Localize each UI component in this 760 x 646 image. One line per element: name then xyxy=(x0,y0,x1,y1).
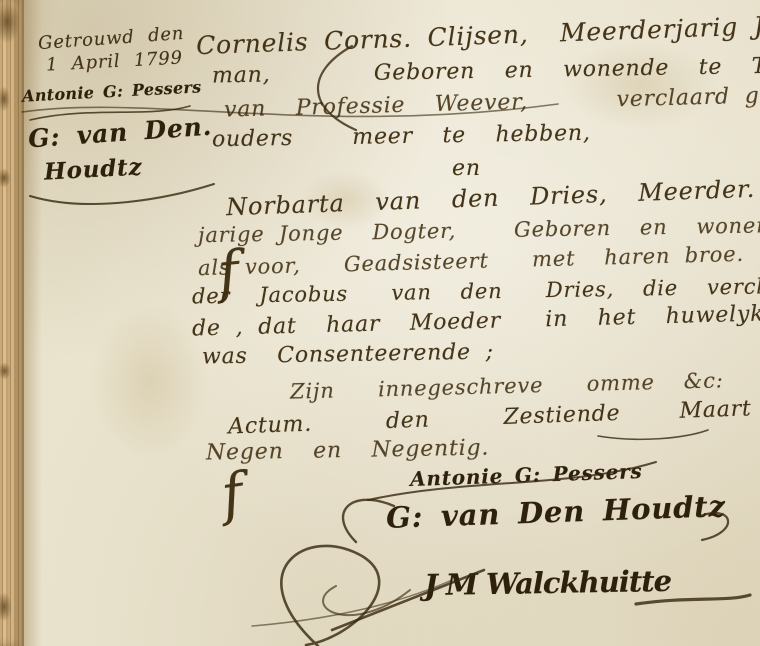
maart-underline xyxy=(598,430,708,439)
houdtz-underline xyxy=(30,184,214,204)
body-line: Zijn innegeschreve omme &c: xyxy=(290,368,724,403)
margin-signature-vandenhoudt-line2: Houdtz xyxy=(43,153,143,185)
body-line: Negen en Negentig. xyxy=(206,436,490,466)
margin-signature-vandenhoudt-line1: G: van Den. xyxy=(27,112,213,154)
body-line: was Consenteerende ; xyxy=(202,339,494,369)
signature-pessers: Antonie G: Pessers xyxy=(410,459,643,491)
manuscript-page: Getrouwd den 1 April 1799 Antonie G: Pes… xyxy=(0,0,760,646)
body-line: de , dat haar Moeder in het huwelyk xyxy=(192,302,760,342)
body-line: en xyxy=(452,156,481,181)
bottom-loop-flourish xyxy=(281,546,379,646)
paraph-mark-lower: f xyxy=(218,461,248,528)
diagonal-stroke-thin xyxy=(252,580,452,626)
signature-vandenhoudt: G: van Den Houdtz xyxy=(386,489,727,535)
body-line: ouders meer te hebben, xyxy=(212,121,591,153)
margin-signature-pessers: Antonie G: Pessers xyxy=(22,77,202,105)
signature-walckhuitte: J M Walckhuitte xyxy=(424,564,672,602)
body-line: als voor, Geadsisteert met haren broe. xyxy=(198,242,744,280)
bottom-curl xyxy=(323,586,410,615)
